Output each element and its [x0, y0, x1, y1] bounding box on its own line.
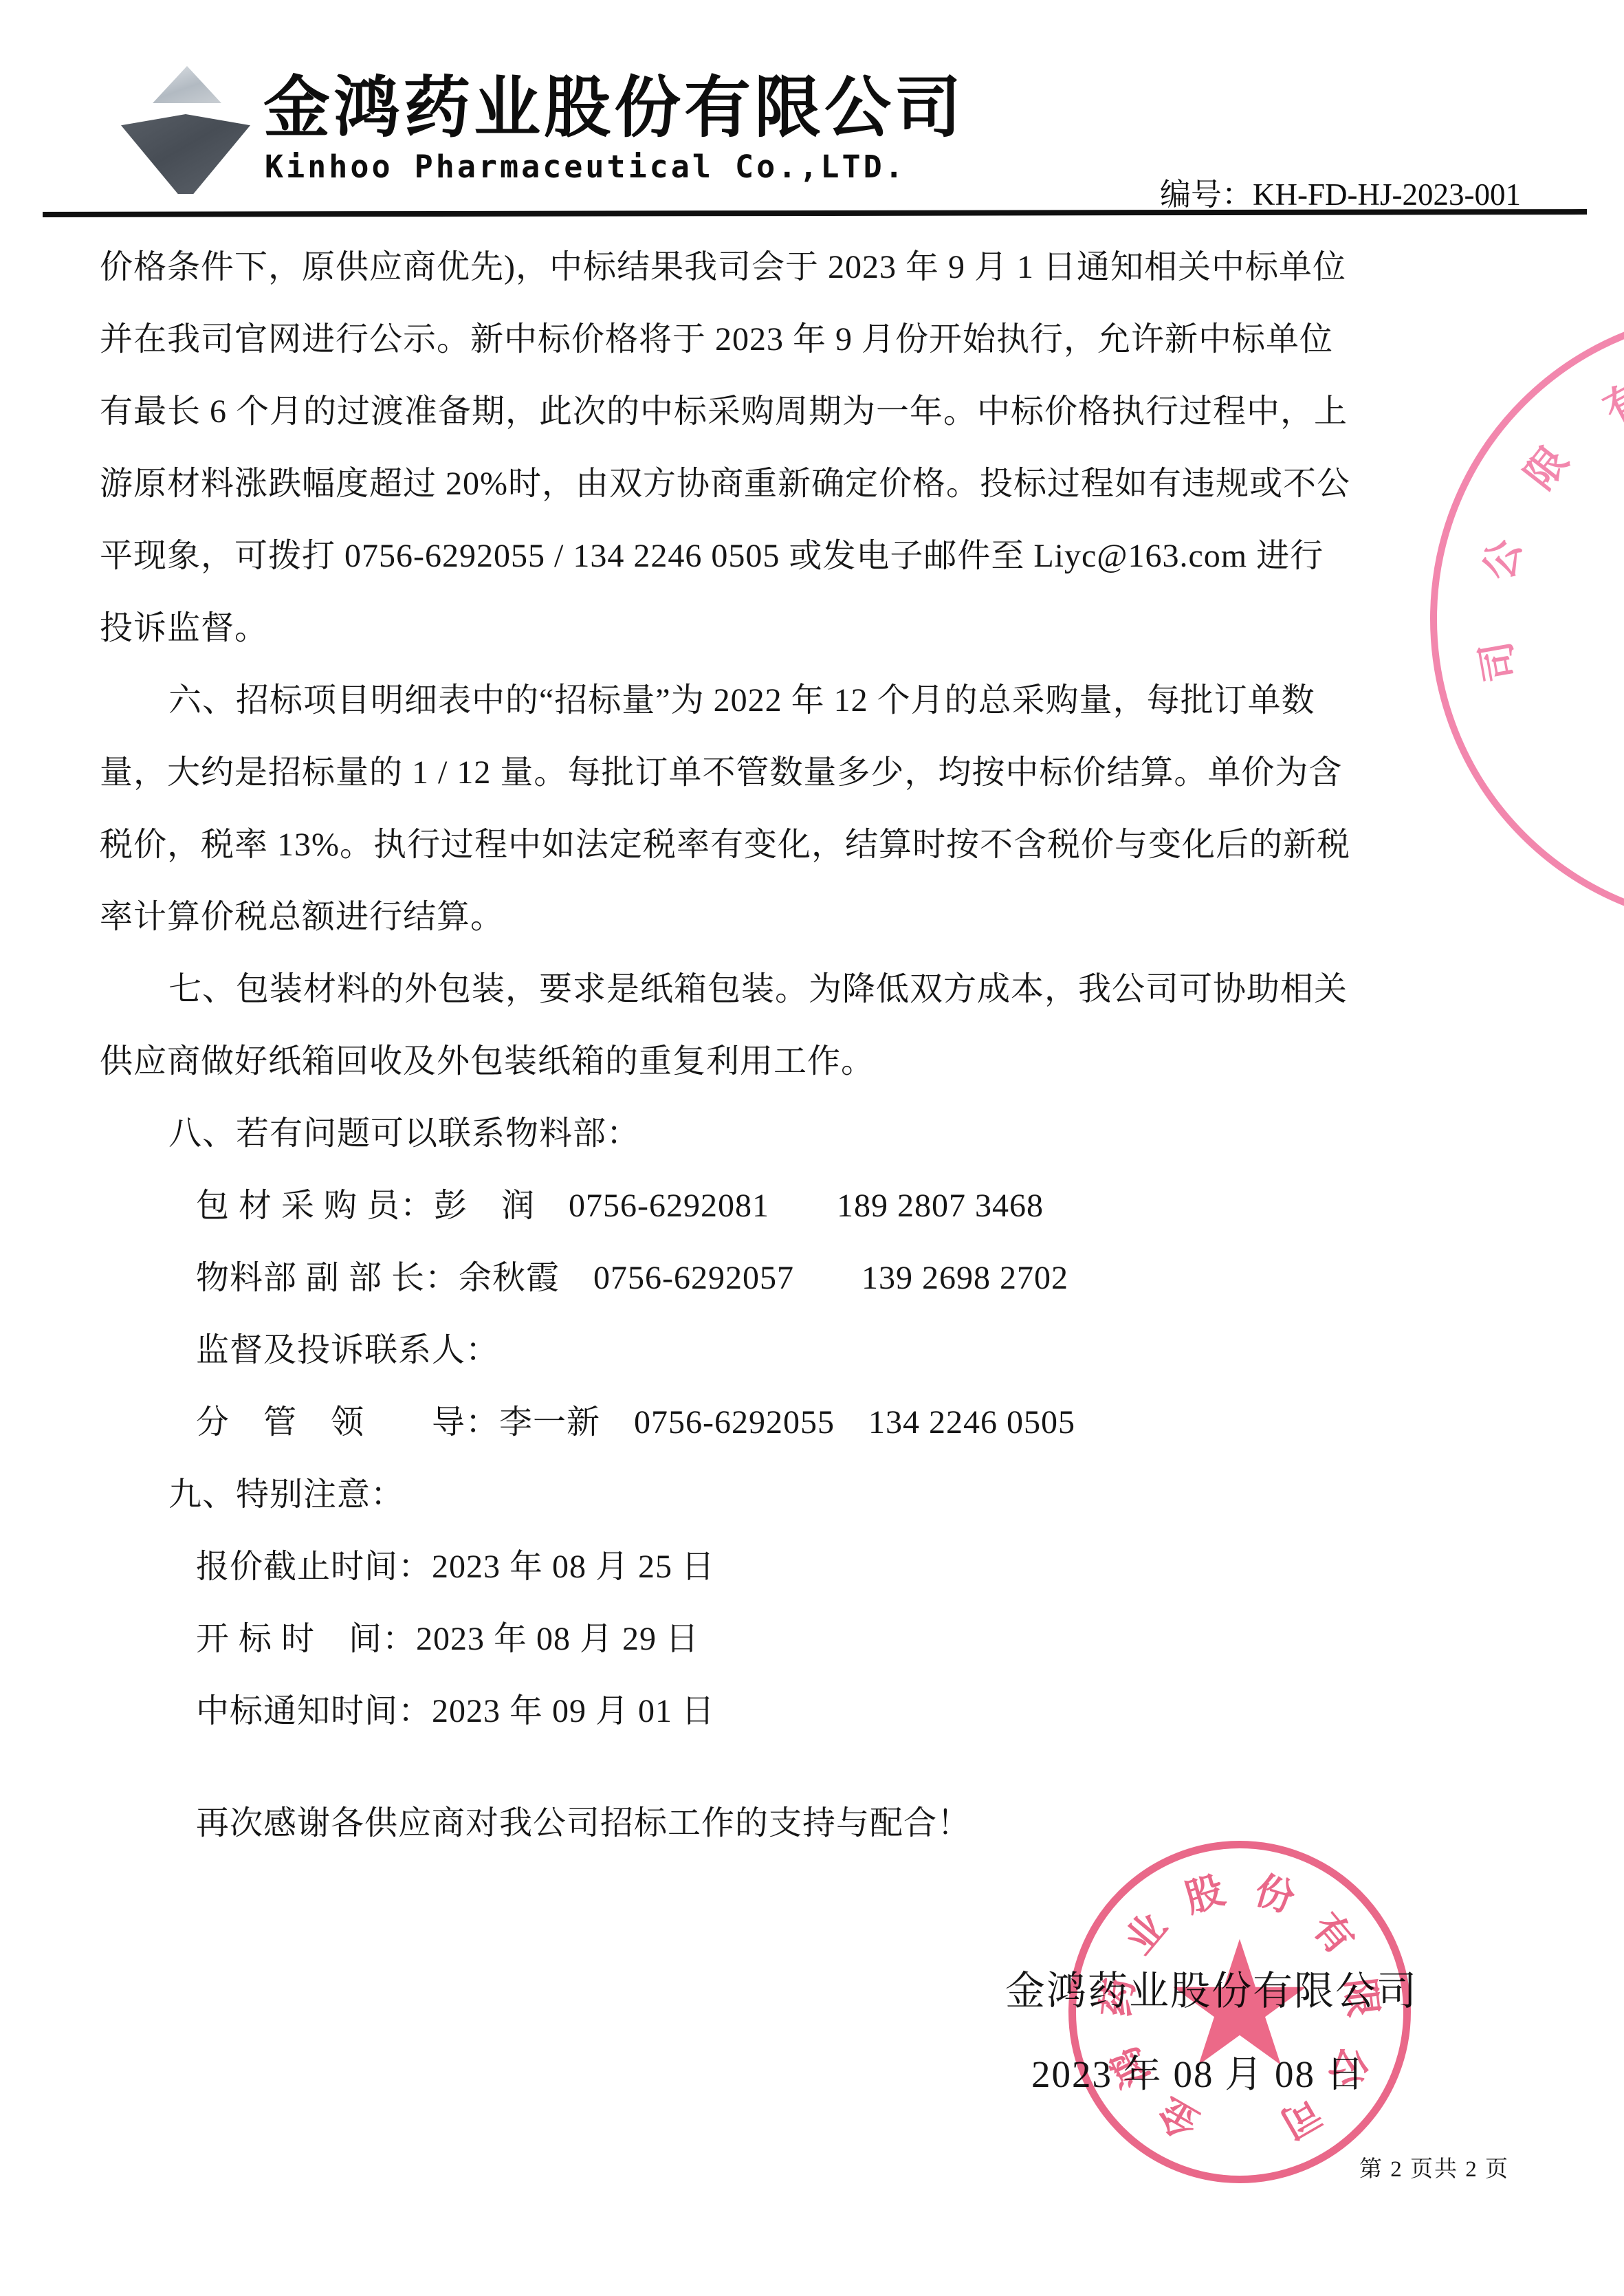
document-page: 金鸿药业股份有限公司 Kinhoo Pharmaceutical Co.,LTD…	[0, 0, 1624, 2296]
body-line: 供应商做好纸箱回收及外包装纸箱的重复利用工作。	[100, 1025, 1557, 1097]
body-line: 并在我司官网进行公示。新中标价格将于 2023 年 9 月份开始执行，允许新中标…	[100, 303, 1557, 375]
document-number: 编号：KH-FD-HJ-2023-001	[1160, 169, 1521, 214]
seal-ring-char: 业	[1119, 1906, 1173, 1960]
body-line: 八、若有问题可以联系物料部：	[100, 1097, 1557, 1170]
body-line: 价格条件下，原供应商优先)，中标结果我司会于 2023 年 9 月 1 日通知相…	[100, 231, 1557, 303]
company-name-en: Kinhoo Pharmaceutical Co.,LTD.	[265, 149, 906, 185]
seal-ring-char: 有	[1598, 376, 1624, 430]
body-line: 税价，税率 13%。执行过程中如法定税率有变化，结算时按不含税价与变化后的新税	[100, 809, 1557, 881]
body-line: 报价截止时间：2023 年 08 月 25 日	[100, 1531, 1557, 1603]
body-line: 平现象，可拨打 0756-6292055 / 134 2246 0505 或发电…	[100, 520, 1557, 592]
body-line: 投诉监督。	[100, 592, 1557, 664]
seal-ring-char: 金	[1152, 2092, 1205, 2144]
company-name-cn: 金鸿药业股份有限公司	[263, 54, 965, 150]
body-text: 价格条件下，原供应商优先)，中标结果我司会于 2023 年 9 月 1 日通知相…	[100, 231, 1557, 1859]
body-line: 游原材料涨跌幅度超过 20%时，由双方协商重新确定价格。投标过程如有违规或不公	[100, 448, 1557, 520]
body-line: 开 标 时 间：2023 年 08 月 29 日	[100, 1603, 1557, 1675]
body-line: 监督及投诉联系人：	[100, 1314, 1557, 1386]
header-divider	[43, 209, 1587, 217]
page-number: 第 2 页共 2 页	[1359, 2151, 1509, 2183]
body-line: 分 管 领 导：李一新 0756-6292055 134 2246 0505	[100, 1386, 1557, 1458]
body-line: 有最长 6 个月的过渡准备期，此次的中标采购周期为一年。中标价格执行过程中，上	[100, 375, 1557, 448]
body-line: 中标通知时间：2023 年 09 月 01 日	[100, 1675, 1557, 1747]
seal-ring-char: 份	[1251, 1871, 1299, 1919]
body-line: 再次感谢各供应商对我公司招标工作的支持与配合！	[100, 1787, 1557, 1859]
seal-ring-char: 司	[1275, 2092, 1327, 2144]
body-line: 九、特别注意：	[100, 1458, 1557, 1531]
signature-date: 2023 年 08 月 08 日	[1031, 2044, 1365, 2098]
seal-ring-char: 股	[1181, 1871, 1229, 1919]
company-logo-icon	[121, 114, 250, 194]
body-line: 物料部 副 部 长：余秋霞 0756-6292057 139 2698 2702	[100, 1242, 1557, 1314]
body-line: 量，大约是招标量的 1 / 12 量。每批订单不管数量多少，均按中标价结算。单价…	[100, 736, 1557, 809]
body-line: 六、招标项目明细表中的“招标量”为 2022 年 12 个月的总采购量，每批订单…	[100, 664, 1557, 736]
body-line: 率计算价税总额进行结算。	[100, 881, 1557, 953]
body-line: 七、包装材料的外包装，要求是纸箱包装。为降低双方成本，我公司可协助相关	[100, 953, 1557, 1025]
signature-company: 金鸿药业股份有限公司	[1005, 1958, 1418, 2016]
company-logo-icon	[153, 66, 221, 103]
body-line: 包 材 采 购 员：彭 润 0756-6292081 189 2807 3468	[100, 1170, 1557, 1242]
seal-ring-char: 有	[1306, 1906, 1361, 1960]
